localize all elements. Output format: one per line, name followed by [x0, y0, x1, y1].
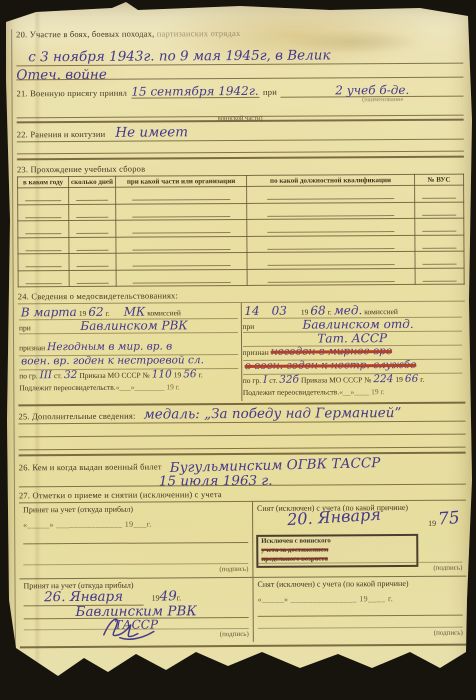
- training-table-cell: [69, 253, 116, 270]
- section-26-label: Кем и когда выдан военный билет: [32, 461, 161, 472]
- training-table-cell: [69, 221, 116, 238]
- section-24-number: 24.: [18, 292, 29, 302]
- issued-label: 26. Кем и когда выдан военный билет: [19, 461, 162, 472]
- printed-19: 19: [152, 594, 160, 603]
- section-22-label: Ранения и контузии: [30, 129, 105, 139]
- oath-at-label: при: [263, 87, 277, 97]
- med1-commission-hw: МК: [124, 306, 146, 318]
- med2-article: 32б: [279, 375, 299, 386]
- med1-order-year: 56: [183, 370, 196, 381]
- section-21-number: 21.: [16, 88, 27, 98]
- section-20-number: 20.: [16, 29, 27, 39]
- training-table-cell: [69, 237, 116, 254]
- printed-priznan: признан: [243, 348, 269, 357]
- printed-reexam-tpl: «___»________ 19 г.: [116, 383, 180, 392]
- printed-at: при: [19, 324, 31, 333]
- box3-year-entry: 49: [160, 591, 177, 605]
- training-table-cell: [247, 186, 415, 204]
- med2-order-year: 66: [405, 374, 418, 385]
- training-table-cell: [18, 254, 69, 271]
- printed-at: при: [242, 322, 254, 331]
- printed-reexam: Подлежит переосвидетельств.: [19, 383, 115, 393]
- oath-caption-2: воинской части): [218, 115, 263, 122]
- oath-label: Военную присягу принял: [30, 88, 127, 99]
- training-table-cell: [415, 251, 464, 268]
- section-22-number: 22.: [17, 129, 28, 139]
- training-table-cell: [69, 188, 116, 205]
- training-table: в каком году сколько дней при какой част…: [17, 173, 465, 287]
- printed-gr: по гр.: [243, 376, 261, 385]
- training-table-cell: [116, 269, 247, 286]
- section-25-label: Дополнительные сведения:: [32, 411, 136, 422]
- registered-box-2: Принят на учет (откуда прибыл) 26. Январ…: [19, 578, 253, 643]
- printed-19: 19: [79, 309, 87, 318]
- printed-19b: 19: [174, 371, 182, 380]
- med2-month: 03: [272, 305, 287, 317]
- training-table-cell: [116, 220, 247, 237]
- printed-19: 19: [301, 308, 309, 317]
- wounds-label: 22. Ранения и контузии: [17, 129, 106, 140]
- oath-date-entry: 15 сентября 1942г.: [131, 85, 259, 99]
- med2-unit: Бавлинском отд.: [256, 318, 460, 331]
- training-table-cell: [69, 270, 116, 287]
- printed-priznan: признан: [19, 343, 45, 352]
- col-unit: при какой части или организации: [116, 175, 247, 188]
- med2-verdict-1: негоден в мирное вре: [271, 346, 392, 357]
- printed-g: г.: [177, 594, 181, 603]
- box2-removal-year: 75: [438, 508, 461, 530]
- box1-signature-caption: (подпись): [23, 563, 248, 574]
- printed-gb: г.: [420, 375, 424, 384]
- printed-st: ст.: [269, 376, 277, 385]
- med2-verdict-2: в воен. годен к нестр. службе: [245, 360, 417, 372]
- training-table-row: [18, 268, 464, 287]
- printed-g: г.: [106, 309, 110, 318]
- battles-entry-2: Отеч. войне: [16, 69, 106, 83]
- military-card-form: 20. Участие в боях, боевых походах, парт…: [11, 27, 467, 649]
- med1-year: 62: [88, 306, 103, 318]
- section-24-label: Сведения о медосвидетельствованиях:: [31, 291, 178, 302]
- training-table-cell: [415, 218, 464, 235]
- oath-caption-1: (наименование: [362, 96, 403, 103]
- med1-group: III: [40, 370, 53, 381]
- printed-g: г.: [328, 308, 332, 317]
- med2-year: 68: [310, 305, 325, 317]
- col-vus: № ВУС: [415, 174, 464, 186]
- printed-prikaz: Приказа МО СССР №: [79, 371, 149, 380]
- printed-19b: 19: [395, 375, 403, 384]
- section-23: 23. Прохождение учебных сборов в каком г…: [17, 161, 465, 287]
- section-23-label: Прохождение учебных сборов: [30, 163, 145, 174]
- section-25: 25. Дополнительные сведения: медаль: „За…: [18, 407, 465, 456]
- med1-verdict-1: Негодным в мир. вр. в: [47, 342, 172, 353]
- blank-line: [258, 603, 463, 617]
- training-table-cell: [415, 235, 464, 252]
- box2-removal-date: 20. Января: [287, 505, 382, 529]
- training-table-cell: [18, 188, 69, 205]
- training-table-cell: [18, 221, 69, 238]
- med2-med-hw: мед.: [334, 304, 363, 316]
- training-table-cell: [116, 236, 247, 253]
- training-table-cell: [415, 202, 464, 219]
- section-20: 20. Участие в боях, боевых походах, парт…: [16, 27, 463, 81]
- registered-box-1: Принят на учет (откуда прибыл) «_____» _…: [19, 502, 253, 579]
- battles-line-1: с 3 ноября 1943г. по 9 мая 1945г, в Вели…: [16, 37, 463, 67]
- section-22: 22. Ранения и контузии Не имеет: [17, 125, 464, 160]
- training-table-cell: [247, 219, 415, 237]
- med1-order-number: 110: [152, 370, 172, 381]
- medical-right-column: 14 03 1968г. мед. комиссией при Бавлинск…: [241, 302, 465, 401]
- training-table-cell: [18, 204, 69, 221]
- box1-date-template: «_____» _______________ 19___г.: [23, 519, 248, 529]
- section-24: 24. Сведения о медосвидетельствованиях: …: [18, 289, 466, 407]
- med1-article: 32: [64, 370, 77, 381]
- registration-grid: Принят на учет (откуда прибыл) «_____» _…: [19, 500, 467, 644]
- issued-date-entry: 15 июля 1963 г.: [159, 475, 273, 489]
- med2-day: 14: [244, 305, 259, 317]
- wounds-entry: Не имеет: [115, 125, 463, 141]
- section-27-label: Отметки о приеме и снятии (исключении) с…: [32, 489, 221, 500]
- registration-label: 27. Отметки о приеме и снятии (исключени…: [19, 488, 466, 501]
- printed-prikaz: Приказа МО СССР №: [301, 375, 371, 384]
- training-table-cell: [18, 270, 69, 287]
- col-days: сколько дней: [69, 176, 116, 188]
- battles-line-2: Отеч. войне: [16, 64, 463, 81]
- printed-commission: комиссией: [147, 309, 181, 318]
- printed-19: 19: [428, 519, 436, 528]
- box2-signature-caption: (подпись): [257, 562, 462, 573]
- printed-reexam: Подлежит переосвидетельств.: [243, 388, 339, 398]
- med1-date: В марта: [21, 306, 77, 318]
- training-table-body: [18, 185, 465, 287]
- battles-entry-1: с 3 ноября 1943г. по 9 мая 1945г, в Вели…: [28, 49, 330, 64]
- med2-order-number: 224: [373, 374, 393, 385]
- box1-title: Принят на учет (откуда прибыл): [23, 504, 248, 514]
- section-25-number: 25.: [18, 412, 29, 422]
- training-table-cell: [69, 204, 116, 221]
- document-paper: 20. Участие в боях, боевых походах, парт…: [0, 0, 476, 700]
- training-table-cell: [247, 202, 415, 220]
- additional-entry: медаль: „За победу над Германией”: [144, 407, 466, 422]
- printed-reexam-tpl: «__»____ 19 г.: [339, 387, 384, 396]
- box4-title: Снят (исключен) с учета (по какой причин…: [257, 579, 462, 589]
- med2-group: I: [263, 375, 267, 386]
- med1-unit: Бавлинском РВК: [33, 319, 236, 332]
- training-table-cell: [247, 252, 415, 270]
- training-table-cell: [247, 268, 415, 286]
- section-23-number: 23.: [17, 164, 28, 174]
- medical-left-column: В марта 1962г. МК комиссией при Бавлинск…: [18, 303, 242, 402]
- photo-background: 20. Участие в боях, боевых походах, парт…: [0, 0, 476, 700]
- removed-box-2: Снят (исключен) с учета (по какой причин…: [253, 577, 466, 642]
- box4-date-template: «_____» _______________ 19____ г.: [258, 594, 463, 604]
- section-21: 21. Военную присягу принял 15 сентября 1…: [16, 84, 463, 124]
- col-year: в каком году: [18, 176, 69, 188]
- section-21-label: 21. Военную присягу принял: [16, 88, 127, 99]
- training-table-cell: [116, 187, 247, 204]
- med2-unit-2: Тат. АССР: [244, 332, 460, 345]
- section-20-label-faded: партизанских отрядах: [157, 28, 241, 39]
- section-27: 27. Отметки о приеме и снятии (исключени…: [19, 488, 467, 649]
- box4-signature-caption: (подпись): [258, 627, 463, 638]
- printed-commission: комиссией: [364, 307, 398, 316]
- section-26-number: 26.: [19, 462, 30, 472]
- med1-verdict-2: воен. вр. годен к нестроевой сл.: [21, 355, 204, 367]
- training-table-cell: [116, 253, 247, 270]
- col-qualification: по какой должностной квалификации: [247, 174, 415, 187]
- removed-box-1: Снят (исключен) с учета (по какой причин…: [253, 501, 466, 578]
- additional-label: 25. Дополнительные сведения:: [18, 411, 135, 422]
- training-table-cell: [415, 185, 464, 202]
- blank-line: [23, 528, 248, 544]
- section-27-number: 27.: [19, 491, 30, 501]
- printed-gr: по гр.: [19, 371, 37, 380]
- printed-st: ст.: [54, 371, 62, 380]
- medical-label: 24. Сведения о медосвидетельствованиях:: [18, 289, 465, 302]
- printed-gb: г.: [199, 370, 203, 379]
- training-table-cell: [18, 237, 69, 254]
- training-table-cell: [116, 203, 247, 220]
- training-label: 23. Прохождение учебных сборов: [17, 161, 464, 174]
- box3-signature-caption: (подпись): [24, 628, 249, 639]
- section-26: 26. Кем и когда выдан военный билет Бугу…: [19, 457, 466, 487]
- training-table-cell: [415, 268, 464, 285]
- training-table-cell: [247, 235, 415, 253]
